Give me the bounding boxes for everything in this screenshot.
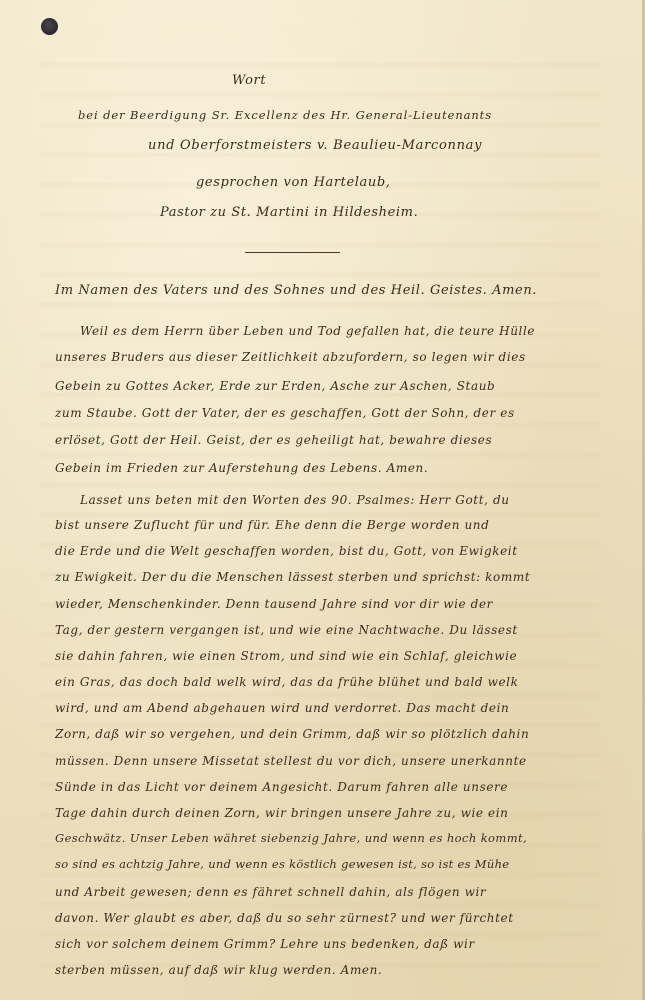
body-line: Zorn, daß wir so vergehen, und dein Grim…: [55, 728, 529, 740]
body-line: Geschwätz. Unser Leben währet siebenzig …: [55, 833, 527, 845]
body-line: zu Ewigkeit. Der du die Menschen lässest…: [55, 571, 530, 583]
body-line: wieder, Menschenkinder. Denn tausend Jah…: [55, 598, 493, 610]
body-line: und Arbeit gewesen; denn es fähret schne…: [55, 886, 486, 898]
body-line: davon. Wer glaubt es aber, daß du so seh…: [55, 912, 514, 924]
body-line: Weil es dem Herrn über Leben und Tod gef…: [80, 325, 535, 337]
body-line: sich vor solchem deinem Grimm? Lehre uns…: [55, 938, 475, 950]
body-line: zum Staube. Gott der Vater, der es gesch…: [55, 407, 515, 419]
heading-line-2: und Oberforstmeisters v. Beaulieu-Marcon…: [148, 139, 482, 152]
body-line: so sind es achtzig Jahre, und wenn es kö…: [55, 859, 509, 871]
body-line: Tage dahin durch deinen Zorn, wir bringe…: [55, 807, 509, 819]
body-line: Im Namen des Vaters und des Sohnes und d…: [55, 284, 537, 297]
body-line: müssen. Denn unsere Missetat stellest du…: [55, 755, 527, 767]
body-line: bist unsere Zuflucht für und für. Ehe de…: [55, 519, 489, 531]
body-line: Gebein zu Gottes Acker, Erde zur Erden, …: [55, 380, 495, 392]
body-line: ein Gras, das doch bald welk wird, das d…: [55, 676, 518, 688]
heading-line-4: Pastor zu St. Martini in Hildesheim.: [160, 206, 418, 219]
body-line: unseres Bruders aus dieser Zeitlichkeit …: [55, 351, 526, 363]
body-line: erlöset, Gott der Heil. Geist, der es ge…: [55, 434, 492, 446]
body-line: sterben müssen, auf daß wir klug werden.…: [55, 964, 382, 976]
body-line: Gebein im Frieden zur Auferstehung des L…: [55, 462, 428, 474]
manuscript-page: Wort bei der Beerdigung Sr. Excellenz de…: [0, 0, 645, 1000]
heading-divider: [245, 252, 340, 253]
body-line: die Erde und die Welt geschaffen worden,…: [55, 545, 518, 557]
body-line: sie dahin fahren, wie einen Strom, und s…: [55, 650, 517, 662]
heading-line-1: bei der Beerdigung Sr. Excellenz des Hr.…: [78, 110, 492, 122]
document-title: Wort: [232, 74, 266, 87]
body-line: Tag, der gestern vergangen ist, und wie …: [55, 624, 518, 636]
body-line: Sünde in das Licht vor deinem Angesicht.…: [55, 781, 508, 793]
body-line: Lasset uns beten mit den Worten des 90. …: [80, 494, 510, 506]
heading-line-3: gesprochen von Hartelaub,: [196, 176, 391, 189]
body-line: wird, und am Abend abgehauen wird und ve…: [55, 702, 509, 714]
punch-hole: [41, 18, 58, 35]
